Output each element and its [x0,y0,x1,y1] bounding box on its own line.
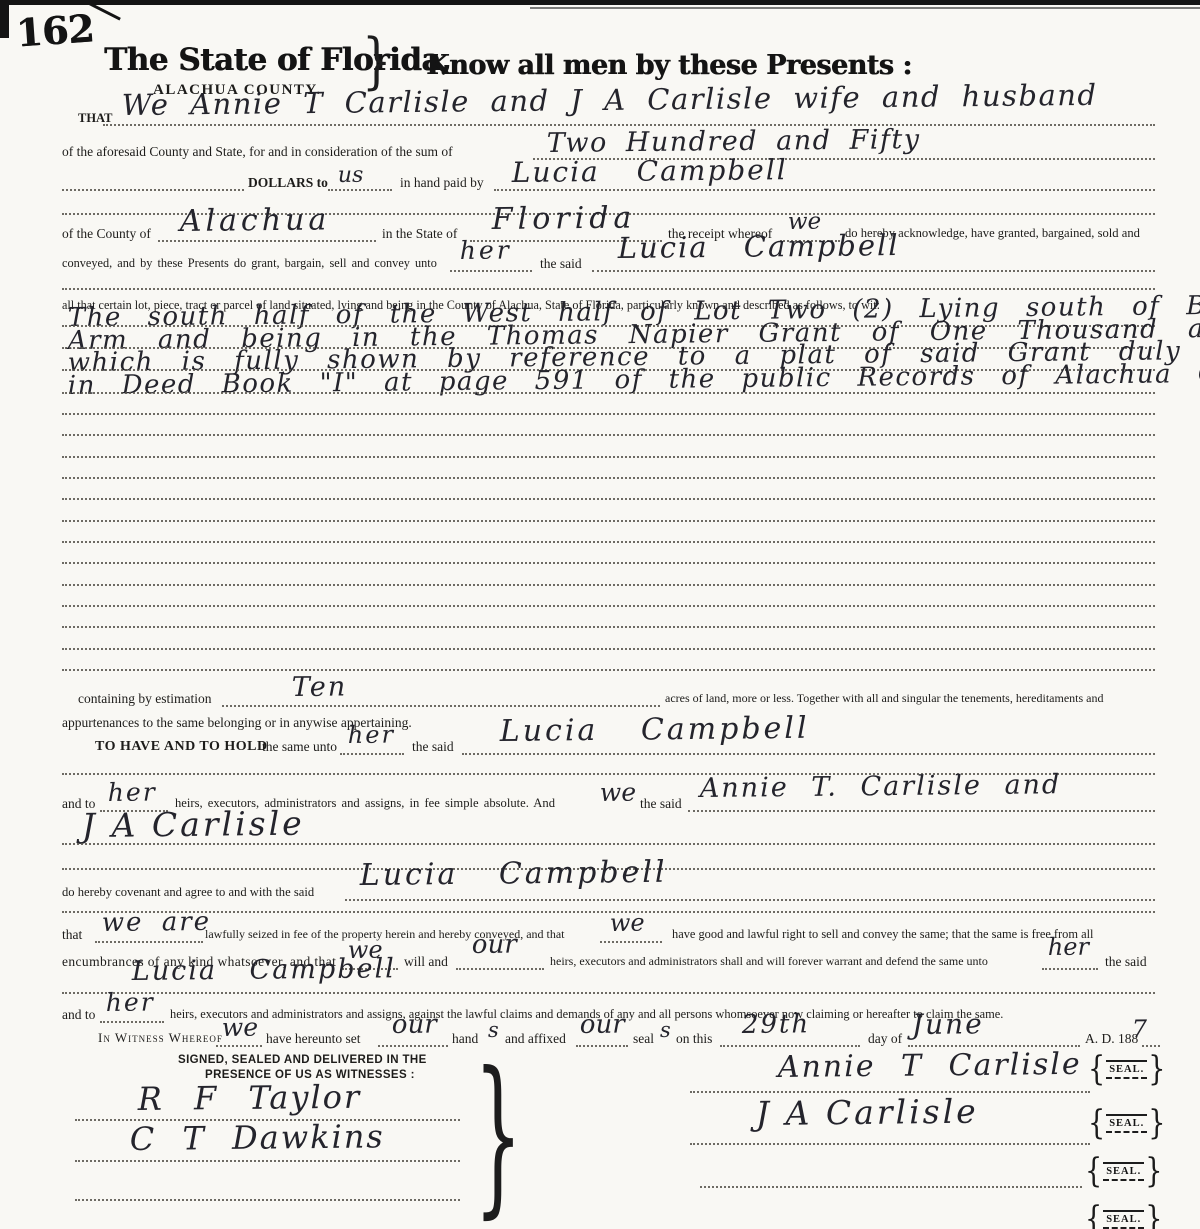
ruled-line [62,520,1155,522]
year-handwriting: 7 [1132,1015,1148,1043]
acreage-handwriting: Ten [292,671,348,703]
ruled-line [700,1186,1082,1188]
same-unto-label: the same unto [262,740,337,755]
to-have-label: TO HAVE AND TO HOLD [95,739,268,754]
that-label-2: that [62,928,82,943]
day-handwriting: 29th [742,1009,811,1040]
her-handwriting: her [460,235,512,265]
seal-label: SEAL. [1103,1162,1144,1181]
ruled-line [592,270,1155,272]
ruled-line [462,753,1155,755]
the-said-label: the said [540,257,582,272]
county-handwriting: Alachua [180,202,331,239]
witness-brace: } [474,1050,522,1220]
grantee-handwriting-3: Lucia Campbell [360,855,668,893]
seal-brace-left-icon: { [1088,1107,1105,1141]
seal-brace-right-icon: } [1148,1053,1165,1087]
ruled-line [216,1045,262,1047]
payer-handwriting: Lucia Campbell [512,153,788,189]
ruled-line [494,189,1155,191]
we-handwriting-3: we [610,909,645,937]
signed-sealed-label: SIGNED, SEALED AND DELIVERED IN THE [178,1054,427,1067]
ruled-line [62,605,1155,607]
ruled-line [690,1143,1090,1145]
grantor-handwriting-3: J A Carlisle [82,804,305,845]
our-handwriting: our [472,930,517,960]
ruled-line [222,705,660,707]
we-handwriting-5: we [222,1013,259,1042]
month-handwriting: June [912,1007,984,1041]
ruled-line [720,1045,860,1047]
ruled-line [450,270,532,272]
seal-brace-right-icon: } [1145,1203,1162,1229]
ruled-line [345,899,1155,901]
seal-brace-right-icon: } [1145,1155,1162,1189]
seal-stamp-4: { SEAL. } [1085,1206,1162,1229]
witness-whereof-label: In Witness Whereof [98,1031,223,1045]
and-to-label-2: and to [62,1008,95,1023]
grantor-signature-1: Annie T Carlisle [778,1047,1082,1085]
seal-label: SEAL. [1106,1114,1147,1133]
warrant-label: heirs, executors and administrators shal… [550,955,988,968]
ruled-line [688,810,1155,812]
ruled-line [158,240,376,242]
ruled-line [62,992,1155,994]
will-and-label: will and [404,955,448,970]
her-handwriting-5: her [106,987,155,1017]
ruled-line [378,1045,448,1047]
ruled-line [62,626,1155,628]
ad-label: A. D. 188 [1085,1032,1138,1047]
ruled-line [62,648,1155,650]
ruled-line [62,498,1155,500]
seal-stamp-1: { SEAL. } [1088,1056,1165,1083]
plural-s-handwriting-2: s [660,1018,671,1042]
ruled-line [62,584,1155,586]
her-handwriting-4: her [1048,933,1089,961]
seal-brace-right-icon: } [1148,1107,1165,1141]
ruled-line [62,911,1155,913]
hereunto-label: have hereunto set [266,1032,360,1047]
grantee-handwriting-4: Lucia Campbell [132,953,396,987]
ruled-line [576,1045,628,1047]
ruled-line [62,392,1155,394]
ruled-line [75,1160,460,1162]
presents-title: Know all men by these Presents : [426,50,912,81]
acres-label: acres of land, more or less. Together wi… [665,692,1103,705]
ruled-line [62,189,244,191]
top-border [0,0,1200,5]
ruled-line [340,753,404,755]
ruled-line [1042,968,1098,970]
page-number: 162 [15,5,96,55]
seal-label: SEAL. [1103,1210,1144,1229]
convey-label: conveyed, and by these Presents do grant… [62,257,437,271]
ruled-line [100,1021,164,1023]
ruled-line [62,562,1155,564]
seal-brace-left-icon: { [1088,1053,1105,1087]
ruled-line [600,941,662,943]
ruled-line [103,124,1155,126]
covenant-label: do hereby covenant and agree to and with… [62,886,314,900]
witness-signature-2: C T Dawkins [130,1117,385,1158]
ruled-line [62,669,1155,671]
on-this-label: on this [676,1032,712,1047]
ruled-line [95,941,203,943]
grantors-handwriting-2: Annie T. Carlisle and [700,769,1062,804]
ruled-line [62,434,1155,436]
dollars-label: DOLLARS to [248,176,328,191]
seal-brace-left-icon: { [1085,1155,1102,1189]
right-label: have good and lawful right to sell and c… [672,928,1094,942]
pen-mark [89,2,121,20]
witness-signature-1: R F Taylor [138,1078,362,1118]
her-handwriting-3: her [108,777,157,807]
top-border-thin [530,7,1200,9]
the-said-label-2: the said [412,740,454,755]
grantee-handwriting: Lucia Campbell [618,228,900,265]
consideration-label: of the aforesaid County and State, for a… [62,145,453,160]
day-of-label: day of [868,1032,902,1047]
seal-stamp-2: { SEAL. } [1088,1110,1165,1137]
state-title: The State of Florida, [104,42,451,78]
ruled-line [62,541,1155,543]
containing-label: containing by estimation [78,692,211,707]
seal-word-label: seal [633,1032,654,1047]
grantee-handwriting-2: Lucia Campbell [500,711,810,749]
ruled-line [62,288,1155,290]
ruled-line [328,189,392,191]
we-are-handwriting: we are [102,907,212,938]
paid-by-label: in hand paid by [400,176,484,191]
header-brace: } [362,30,392,91]
ruled-line [62,413,1155,415]
her-handwriting-2: her [348,721,395,749]
grantor-signature-2: J A Carlisle [756,1092,979,1133]
we-handwriting-2: we [600,778,637,807]
deed-document: 162 The State of Florida, } Know all men… [0,0,1200,1229]
corner-mark [0,0,9,38]
state-handwriting: Florida [492,200,637,237]
the-said-label-3: the said [640,797,682,812]
ruled-line [75,1199,460,1201]
our-handwriting-3: our [580,1010,625,1040]
ruled-line [62,843,1155,845]
our-handwriting-2: our [392,1010,437,1040]
ruled-line [1142,1045,1160,1047]
seal-stamp-3: { SEAL. } [1085,1158,1162,1185]
the-said-label-4: the said [1105,955,1147,970]
ruled-line [456,968,544,970]
ruled-line [62,477,1155,479]
in-state-label: in the State of [382,227,457,242]
seal-brace-left-icon: { [1085,1203,1102,1229]
ruled-line [62,456,1155,458]
seal-label: SEAL. [1106,1060,1147,1079]
us-handwriting: us [338,163,364,188]
of-county-label: of the County of [62,227,151,242]
